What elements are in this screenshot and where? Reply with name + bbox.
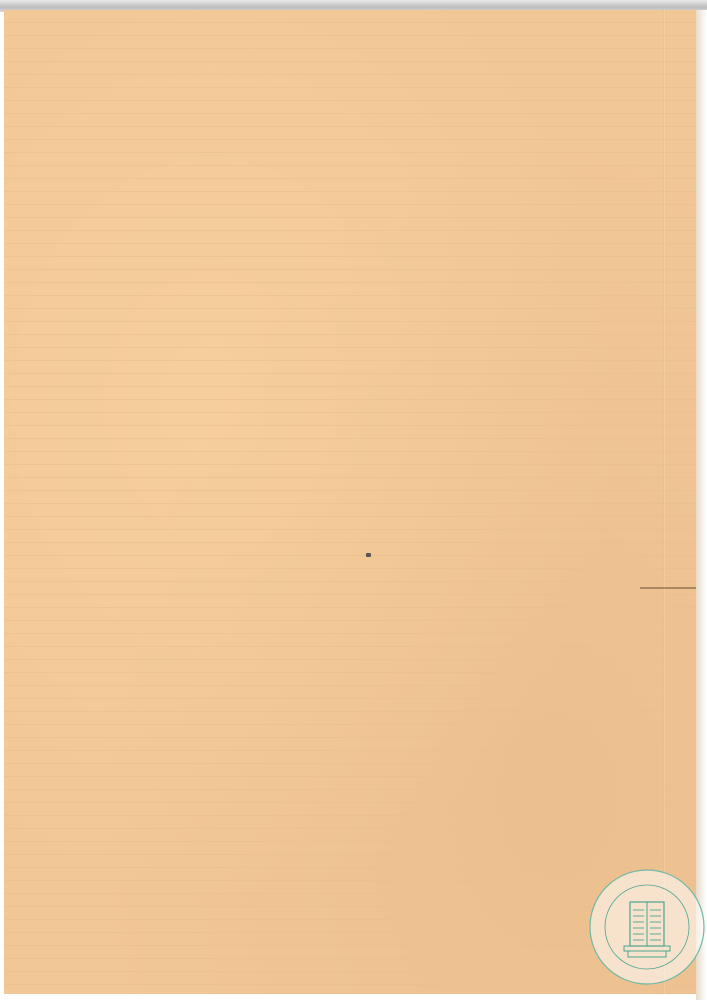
- tear-mark: [640, 587, 696, 589]
- paper-sheet: [4, 10, 696, 994]
- archive-stamp: [588, 868, 706, 986]
- archive-building-icon: [588, 868, 706, 986]
- scan-border-right: [696, 10, 707, 1000]
- fold-line-vertical: [663, 10, 666, 994]
- paper-speck: [366, 553, 371, 557]
